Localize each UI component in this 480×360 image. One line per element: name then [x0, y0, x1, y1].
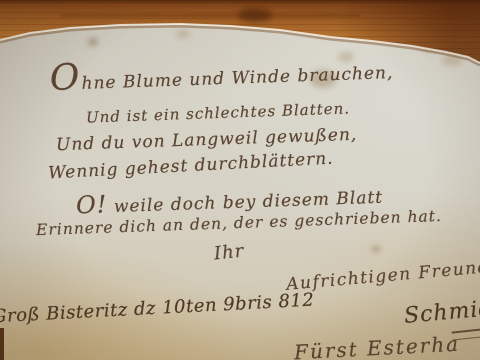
signature: Schmid — [403, 296, 480, 329]
wood-grain-streak — [60, 14, 360, 17]
photograph-of-manuscript: Ohne Blume und Winde brauchen, Und ist e… — [0, 0, 480, 360]
wood-knot — [238, 8, 272, 22]
valediction: Aufrichtigen Freund — [286, 257, 480, 295]
salutation: Ihr — [213, 240, 245, 264]
ink-stain — [338, 52, 354, 62]
place-and-date-line: Groß Bisteritz dz 10ten 9bris 812 — [0, 290, 315, 328]
table-sliver-left — [0, 328, 4, 360]
foxing-stain — [176, 30, 190, 38]
poem-line-1: Ohne Blume und Winde brauchen, — [50, 62, 394, 95]
ink-spot — [372, 246, 380, 252]
poem-line-2: Und ist ein schlechtes Blatten. — [86, 99, 351, 126]
manuscript-paper: Ohne Blume und Winde brauchen, Und ist e… — [0, 0, 480, 360]
foxing-stain — [442, 54, 462, 66]
attribution-line: Fürst Esterha — [293, 332, 460, 360]
ink-spot — [88, 38, 98, 46]
